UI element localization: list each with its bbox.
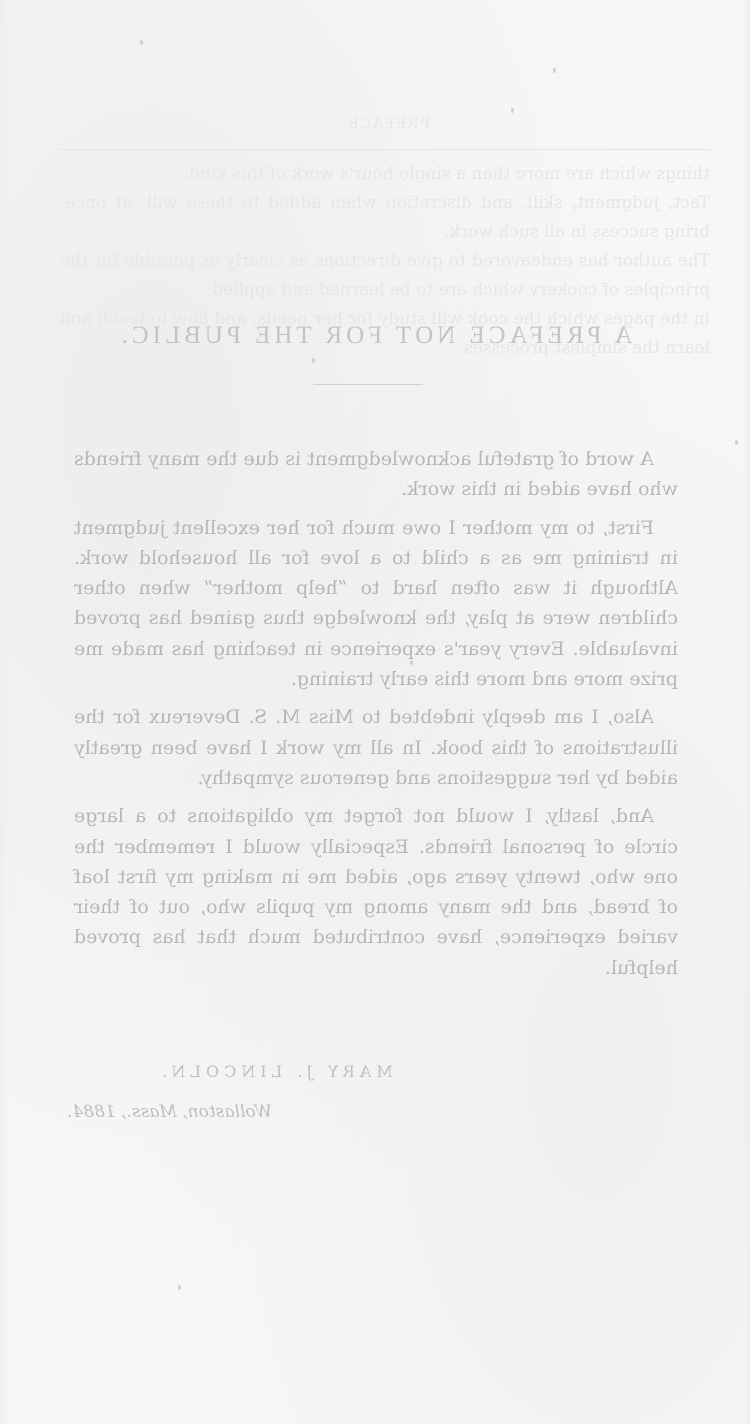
- paper-speck: [178, 1285, 181, 1290]
- place-date-text: Wollaston, Mass., 1884.: [67, 1102, 272, 1122]
- paragraph-illustrator: Also, I am deeply indebted to Miss M. S.…: [74, 702, 678, 793]
- paper-speck: [410, 660, 413, 665]
- bleed-through-rule: [60, 149, 710, 150]
- scanned-page: PREFACE. things which are more than a si…: [0, 0, 750, 1424]
- page-heading: A PREFACE NOT FOR THE PUBLIC.: [0, 322, 750, 350]
- page-edge-shadow-right: [744, 0, 750, 1424]
- paragraph-mother: First, to my mother I owe much for her e…: [74, 513, 678, 695]
- page-edge-shadow-left: [0, 0, 10, 1424]
- paper-speck: [553, 68, 556, 73]
- paper-speck: [735, 440, 738, 445]
- paper-speck: [140, 40, 143, 45]
- heading-divider: [313, 384, 423, 385]
- bleed-through-header: PREFACE.: [60, 110, 710, 139]
- author-signature: MARY J. LINCOLN.: [0, 1062, 750, 1081]
- place-and-date: Wollaston, Mass., 1884.: [0, 1102, 750, 1122]
- paragraph-friends: And, lastly, I would not forget my oblig…: [74, 801, 678, 983]
- bleed-through-line: Tact, judgment, skill, and discretion wh…: [60, 189, 710, 247]
- bleed-through-line: things which are more than a single hour…: [60, 160, 710, 189]
- paper-speck: [312, 358, 315, 363]
- bleed-through-line: The author has endeavored to give direct…: [60, 247, 710, 305]
- paper-speck: [511, 108, 514, 113]
- author-name: MARY J. LINCOLN.: [157, 1062, 392, 1081]
- preface-body: A word of grateful acknowledgment is due…: [74, 444, 678, 991]
- paragraph-acknowledgment: A word of grateful acknowledgment is due…: [74, 444, 678, 505]
